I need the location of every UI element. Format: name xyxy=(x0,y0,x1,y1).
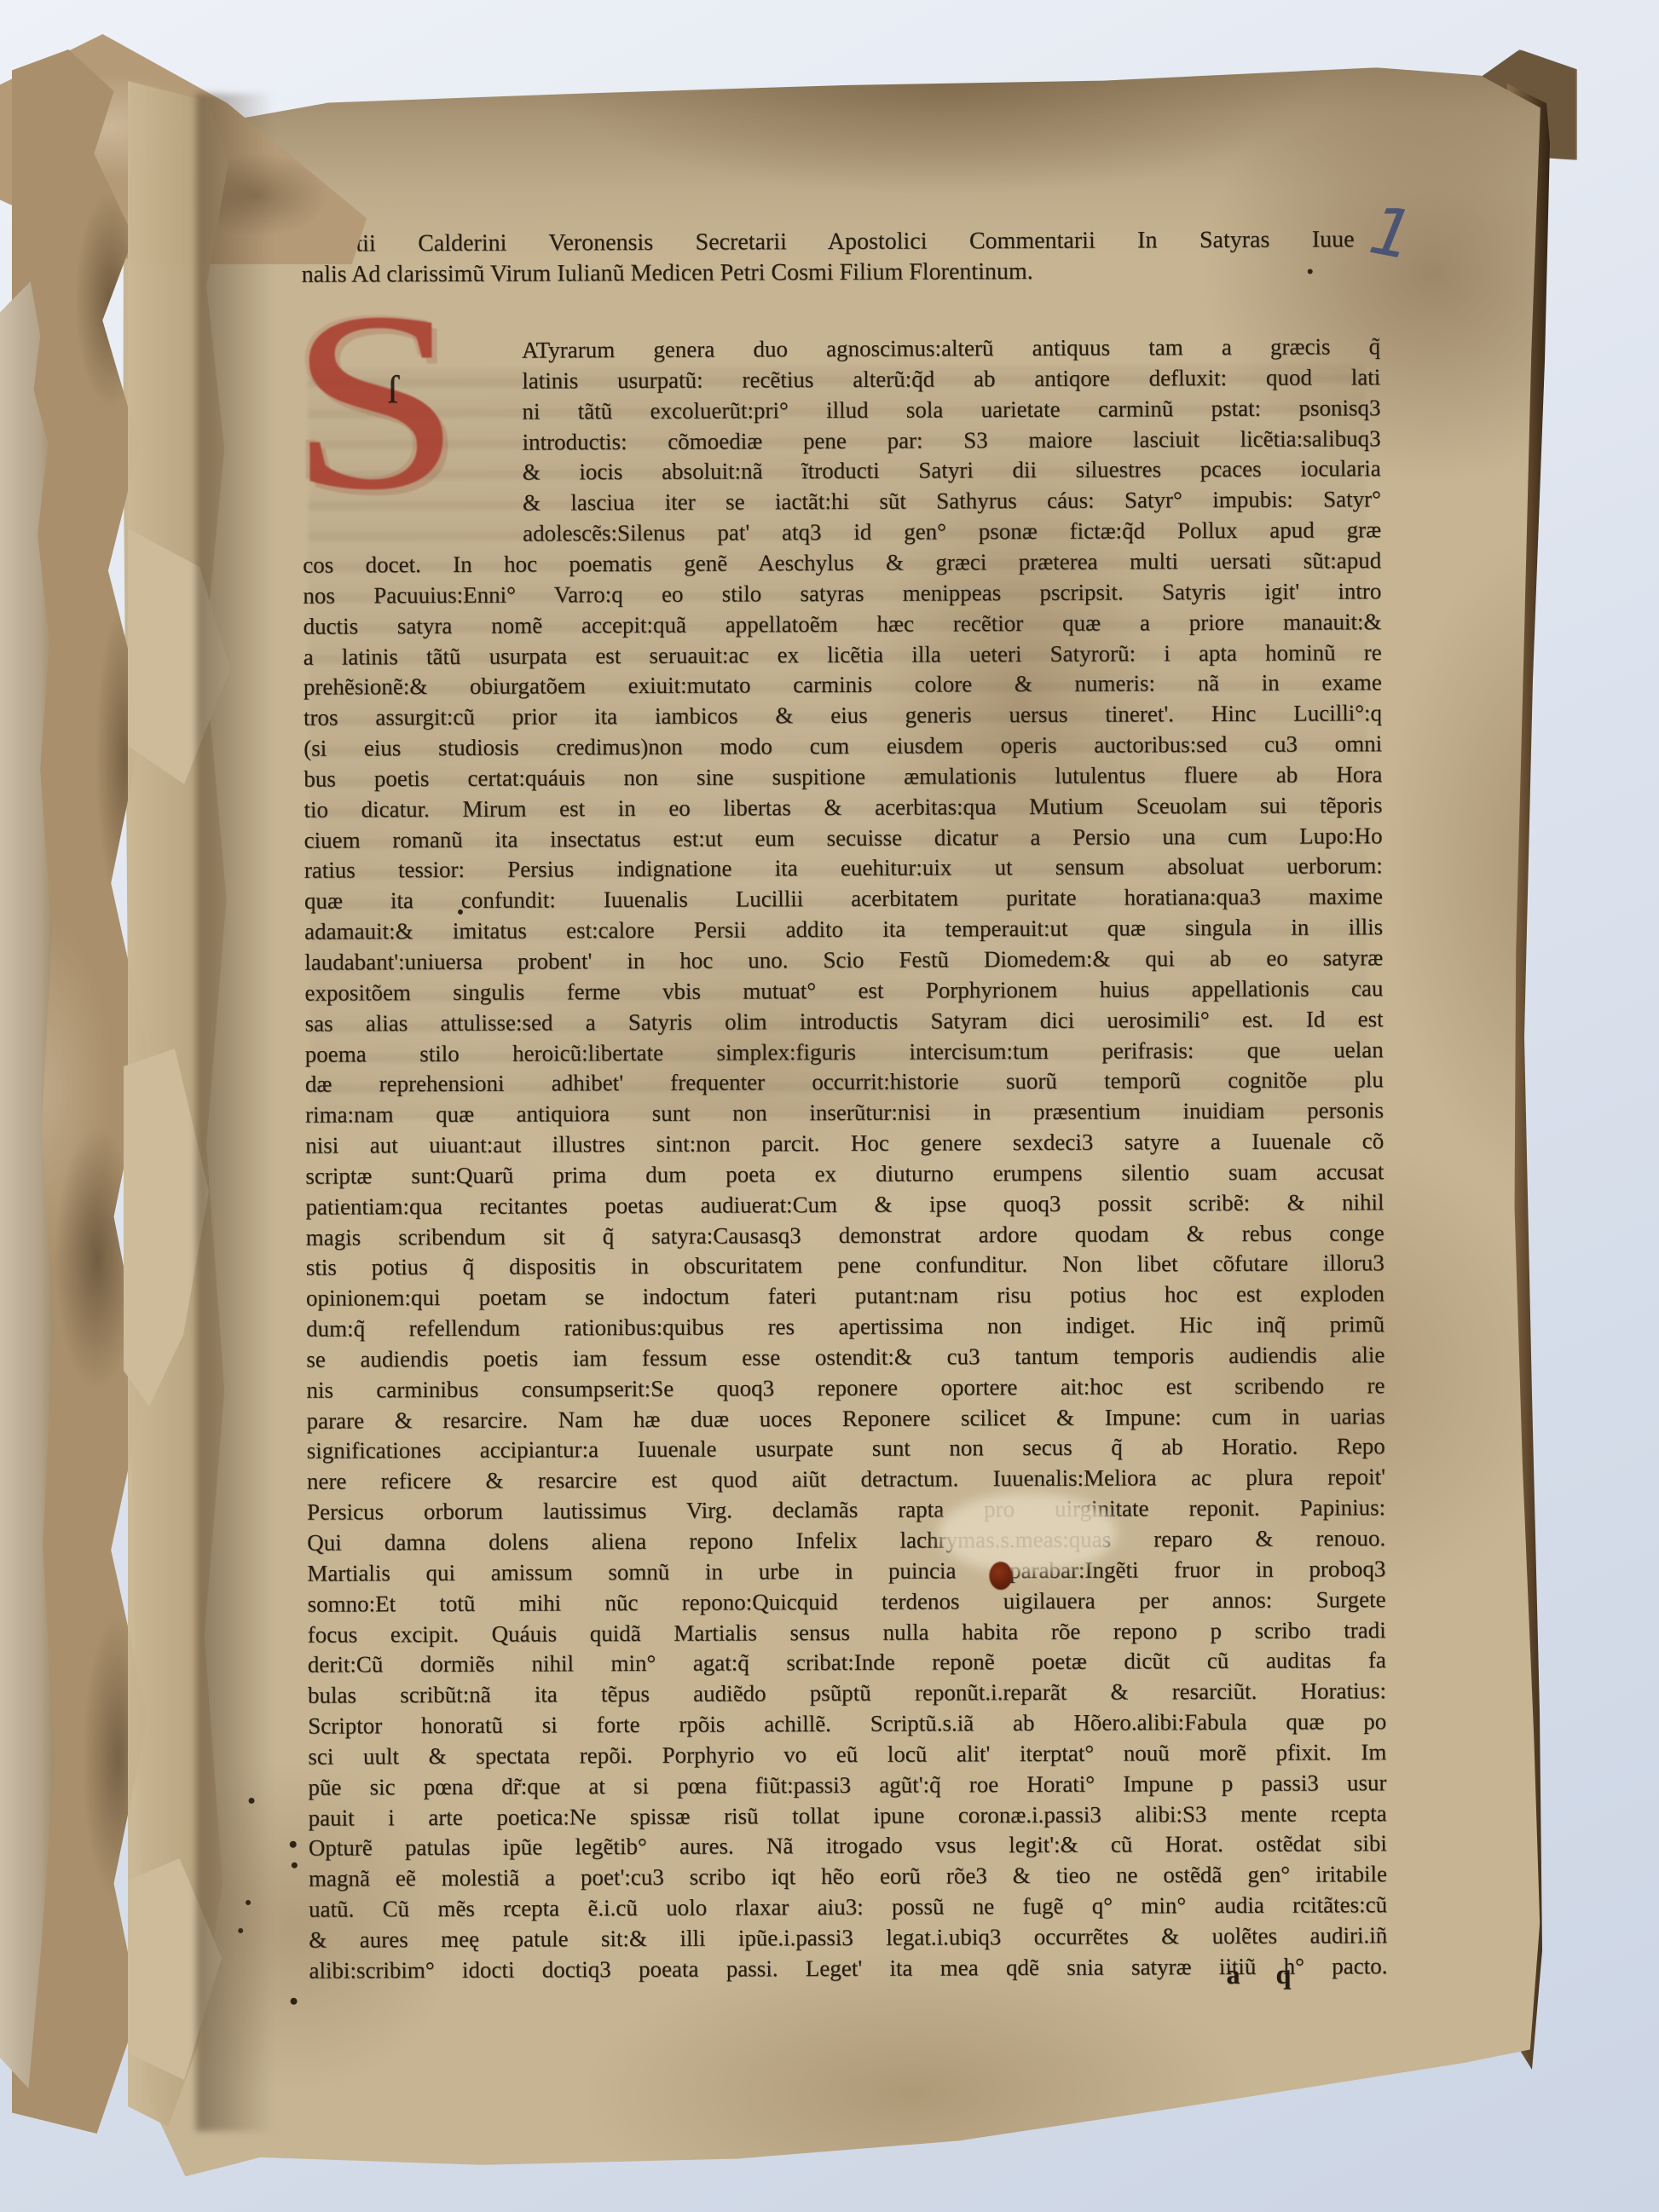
text-line: adamauit:& imitatus est:calore Persii ad… xyxy=(304,912,1383,947)
text-line: uatũ. Cũ mẽs rcepta ẽ.i.cũ uolo rlaxar a… xyxy=(309,1890,1387,1925)
title-line: Domitii Calderini Veronensis Secretarii … xyxy=(302,224,1355,259)
text-line: latinis usurpatũ: recẽtius alterũ:q̃d ab… xyxy=(522,362,1380,396)
text-line: Scriptor honoratũ si forte rpõis achillẽ… xyxy=(308,1707,1386,1741)
text-line: poema stilo heroicũ:libertate simplex:fi… xyxy=(305,1035,1384,1070)
ink-speck xyxy=(290,1841,297,1848)
text-line: nisi aut uiuant:aut illustres sint:non p… xyxy=(305,1126,1384,1161)
text-line: parare & resarcire. Nam hæ duæ uoces Rep… xyxy=(307,1401,1385,1436)
text-line: patientiam:qua recitantes poetas audiuer… xyxy=(305,1187,1384,1222)
text-line: ni tãtũ excoluerũt:pri° illud sola uarie… xyxy=(522,393,1380,427)
text-line: & iocis absoluit:nã ĩtroducti Satyri dii… xyxy=(523,454,1381,488)
text-line: Martialis qui amissum somnũ in urbe in p… xyxy=(307,1554,1385,1589)
text-line: se audiendis poetis iam fessum esse oste… xyxy=(306,1340,1384,1375)
text-line: significationes accipiantur:a Iuuenale u… xyxy=(307,1432,1385,1467)
text-line: sas alias attulisse:sed a Satyris olim i… xyxy=(304,1004,1383,1039)
text-line: cos docet. In hoc poematis genẽ Aeschylu… xyxy=(303,546,1381,580)
ink-speck xyxy=(1308,269,1313,274)
text-line: nere reficere & resarcire est quod aiũt … xyxy=(307,1462,1385,1497)
text-line: stis potius q̃ dispositis in obscuritate… xyxy=(306,1249,1384,1284)
text-line: ciuem romanũ ita insectatus est:ut eum s… xyxy=(304,821,1383,856)
text-line: nos Pacuuius:Enni° Varro:q eo stilo saty… xyxy=(303,576,1381,611)
text-line: introductis: cõmoediæ pene par: S3 maior… xyxy=(523,424,1381,458)
text-line: a latinis tãtũ usurpata est seruauit:ac … xyxy=(303,638,1382,673)
text-line: magnã eẽ molestiã a poet':cu3 scribo iqt… xyxy=(309,1859,1387,1894)
text-line: sci uult & spectata repõi. Porphyrio vo … xyxy=(308,1737,1386,1772)
text-line: scriptæ sunt:Quarũ prima dum poeta ex di… xyxy=(305,1157,1384,1192)
text-line: dum:q̃ refellendum rationibus:quibus res… xyxy=(306,1309,1384,1344)
text-line: Persicus orborum lautissimus Virg. decla… xyxy=(307,1493,1385,1528)
text-line: tros assurgit:cũ prior ita iambicos & ei… xyxy=(303,698,1382,733)
text-line: quæ ita confundit: Iuuenalis Lucillii ac… xyxy=(304,881,1383,916)
text-line: & aures meę patule sit:& illi ipũe.i.pas… xyxy=(309,1920,1387,1955)
book-photograph: Domitii Calderini Veronensis Secretarii … xyxy=(0,0,1659,2212)
text-line: (si eius studiosis credimus)non modo cum… xyxy=(303,729,1382,764)
ink-speck xyxy=(291,1998,298,2005)
ink-specks xyxy=(300,0,1379,3)
wax-stain xyxy=(989,1562,1012,1590)
text-line: focus excipit. Quáuis quidã Martialis se… xyxy=(308,1615,1386,1650)
text-line: nis carminibus consumpserit:Se quoq3 rep… xyxy=(306,1371,1384,1406)
text-line: bus poetis certat:quáuis non sine suspit… xyxy=(303,759,1382,794)
text-line: somno:Et totũ mihi nũc repono:Quicquid t… xyxy=(307,1585,1385,1620)
text-line: bulas scribũt:nã ita tẽpus audiẽdo psũpt… xyxy=(308,1676,1386,1711)
text-line: prehẽsionẽ:& obiurgatõem exiuit:mutato c… xyxy=(303,668,1382,703)
text-line: adolescẽs:Silenus pat' atq3 id gen° pson… xyxy=(523,515,1381,549)
body-text-indented: ATyrarum genera duo agnoscimus:alterũ an… xyxy=(302,332,1381,550)
ink-speck xyxy=(458,910,463,915)
text-line: & lasciua iter se iactãt:hi sũt Sathyrus… xyxy=(523,484,1381,518)
text-line: Qui damna dolens aliena repono Infelix l… xyxy=(307,1523,1385,1558)
abrasion-patch xyxy=(938,1493,1117,1574)
body-text: cos docet. In hoc poematis genẽ Aeschylu… xyxy=(303,546,1387,1986)
text-line: ductis satyra nomẽ accepit:quã appellato… xyxy=(303,607,1381,642)
text-line: ATyrarum genera duo agnoscimus:alterũ an… xyxy=(522,332,1380,366)
text-line: pũe sic pœna dr̃:que at si pœna fiũt:pas… xyxy=(308,1768,1386,1803)
text-line: opinionem:qui poetam se indoctum fateri … xyxy=(306,1279,1384,1314)
ink-speck xyxy=(292,1863,298,1868)
text-line: laudabant':uniuersa probent' in hoc uno.… xyxy=(304,943,1383,978)
text-line: dæ reprehensioni adhibet' frequenter occ… xyxy=(305,1066,1384,1100)
text-line: expositõem singulis ferme vbis mutuat° e… xyxy=(304,973,1383,1008)
text-line: pauit i arte poetica:Ne spissæ risũ toll… xyxy=(309,1799,1387,1834)
text-line: magis scribendum sit q̃ satyra:Causasq3 … xyxy=(306,1218,1384,1253)
text-line: derit:Cũ dormiẽs nihil min° agat:q̃ scri… xyxy=(308,1646,1386,1681)
text-line: Opturẽ patulas ipũe legẽtib° aures. Nã i… xyxy=(309,1829,1387,1864)
page-content: Domitii Calderini Veronensis Secretarii … xyxy=(300,0,1379,3)
text-line: rima:nam quæ antiquiora sunt non inserũt… xyxy=(305,1095,1384,1130)
quire-signature: a q xyxy=(1226,1959,1291,1990)
text-line: ratius tessior: Persius indignatione ita… xyxy=(304,852,1383,887)
text-line: tio dicatur. Mirum est in eo libertas & … xyxy=(303,790,1382,825)
gutter-shadow xyxy=(196,94,273,2131)
